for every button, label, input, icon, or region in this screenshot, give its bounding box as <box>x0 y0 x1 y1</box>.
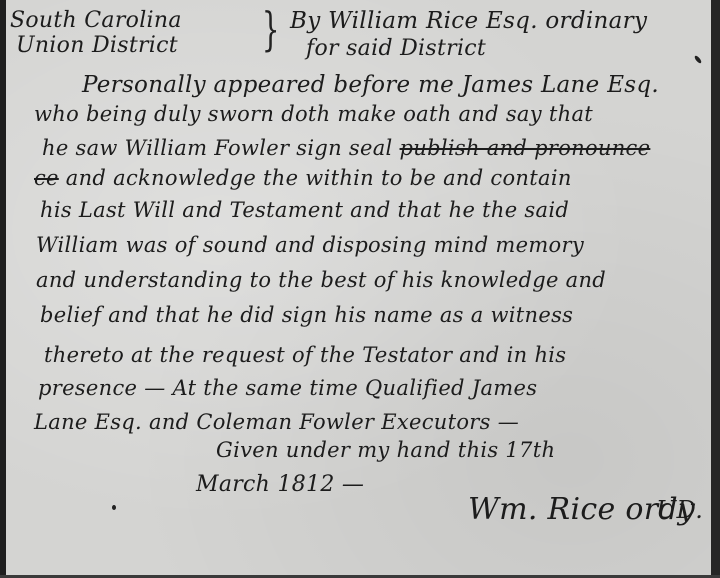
bracket-icon: } <box>262 2 280 56</box>
body-line-4: ce and acknowledge the within to be and … <box>34 166 572 190</box>
manuscript-page: South Carolina Union District } By Willi… <box>6 0 711 575</box>
struck-text: publish and pronounce <box>400 136 651 160</box>
header-state: South Carolina <box>10 8 182 33</box>
scan-border-right <box>711 0 720 578</box>
struck-text-start: ce <box>34 166 59 190</box>
body-line-7: and understanding to the best of his kno… <box>36 268 606 292</box>
body-line-3-text: he saw William Fowler sign seal <box>42 136 393 160</box>
body-line-1: Personally appeared before me James Lane… <box>82 72 659 98</box>
body-line-6: William was of sound and disposing mind … <box>36 233 584 257</box>
header-district: Union District <box>16 33 178 58</box>
date-line: March 1812 — <box>196 472 364 497</box>
body-line-given: Given under my hand this 17th <box>216 438 555 462</box>
body-line-2: who being duly sworn doth make oath and … <box>34 102 593 126</box>
body-line-11: Lane Esq. and Coleman Fowler Executors — <box>34 410 519 434</box>
body-line-9: thereto at the request of the Testator a… <box>44 343 566 367</box>
body-line-3: he saw William Fowler sign seal publish … <box>42 136 650 160</box>
signature-suffix: UD. <box>656 496 703 524</box>
header-ordinary: By William Rice Esq. ordinary <box>290 8 647 34</box>
body-line-5: his Last Will and Testament and that he … <box>40 198 569 222</box>
body-line-10: presence — At the same time Qualified Ja… <box>38 376 537 400</box>
body-line-8: belief and that he did sign his name as … <box>40 303 573 327</box>
ink-spot <box>694 55 703 64</box>
body-line-4-text: and acknowledge the within to be and con… <box>66 166 572 190</box>
header-for-district: for said District <box>306 36 486 61</box>
ink-spot <box>112 505 116 510</box>
